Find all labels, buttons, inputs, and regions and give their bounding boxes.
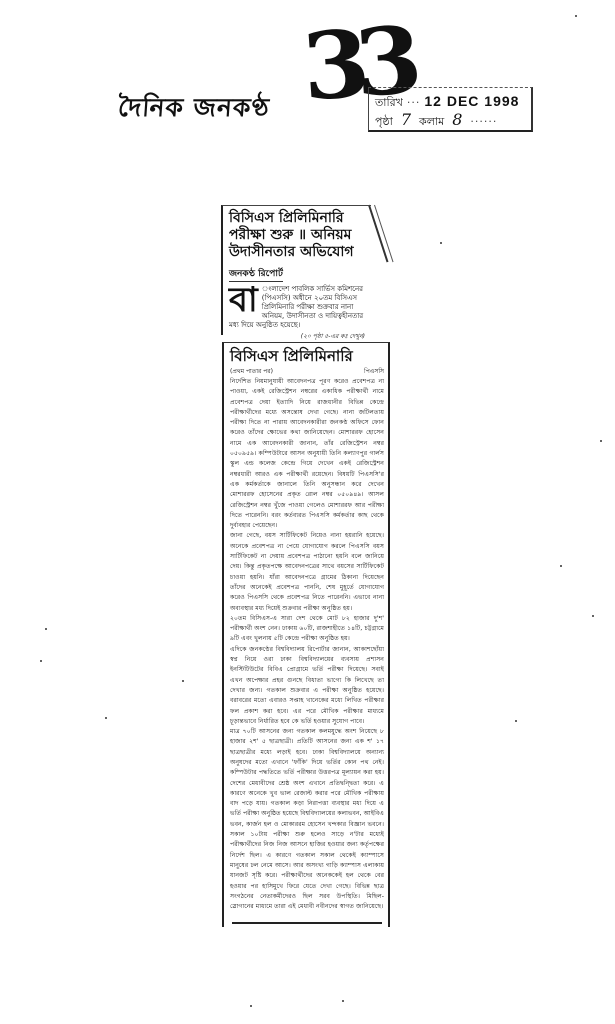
stamp-column-label: কলাম xyxy=(419,113,444,132)
stamp-page-value: 7 xyxy=(401,110,411,129)
clipping-1-dropcap: বা xyxy=(229,285,258,315)
article-paragraph: ২০তম বিসিএস-এ সারা দেশ থেকে মোট ৮২ হাজার… xyxy=(230,614,384,645)
clipping-1-lead: বা ংলাদেশ পাবলিক সার্ভিস কমিশনের (পিএসসি… xyxy=(229,285,365,330)
article-paragraph: জানা গেছে, বয়স সার্টিফিকেট নিয়েও নানা … xyxy=(230,531,384,613)
clipping-1-continued-note: (২০ পৃষ্ঠা ৫-এর কঃ দেখুন) xyxy=(229,331,365,342)
front-page-clipping: বিসিএস প্রিলিমিনারি পরীক্ষা শুরু ॥ অনিয়… xyxy=(221,205,371,335)
archive-stamp: তারিখ ··· 12 DEC 1998 পৃষ্ঠা 7 কলাম 8 ··… xyxy=(368,87,533,132)
scissor-cut-mark xyxy=(368,205,388,263)
clipping-1-byline: জনকণ্ঠ রিপোর্ট xyxy=(229,266,283,282)
article-paragraph: মাত্র ৭০টি আসনের জন্য গতকাল কলমযুদ্ধে অং… xyxy=(230,727,384,912)
stamp-date-value: 12 DEC 1998 xyxy=(424,93,519,109)
stamp-column-value: 8 xyxy=(452,110,462,129)
newspaper-masthead: দৈনিক জনকণ্ঠ xyxy=(116,88,271,131)
clipping-bottom-edge xyxy=(232,922,382,924)
continuation-clipping: বিসিএস প্রিলিমিনারি (প্রথম পাতার পর) পিএ… xyxy=(222,342,390,927)
stamp-page-label: পৃষ্ঠা xyxy=(375,113,393,132)
stamp-dots: ··· xyxy=(407,96,421,109)
article-paragraph: এদিকে জনকণ্ঠের বিশ্ববিদ্যালয় রিপোর্টার … xyxy=(230,645,384,727)
stamp-dots: ······ xyxy=(470,115,497,128)
article-paragraph: নির্দেশিত নিয়মানুযায়ী আবেদনপত্র পূরণ ক… xyxy=(230,377,384,531)
clipping-2-headline: বিসিএস প্রিলিমিনারি xyxy=(230,347,384,366)
clipping-2-from-page: (প্রথম পাতার পর) xyxy=(230,366,273,377)
clipping-1-headline: বিসিএস প্রিলিমিনারি পরীক্ষা শুরু ॥ অনিয়… xyxy=(229,210,365,261)
clipping-2-source-tag: পিএসসি xyxy=(364,366,384,377)
